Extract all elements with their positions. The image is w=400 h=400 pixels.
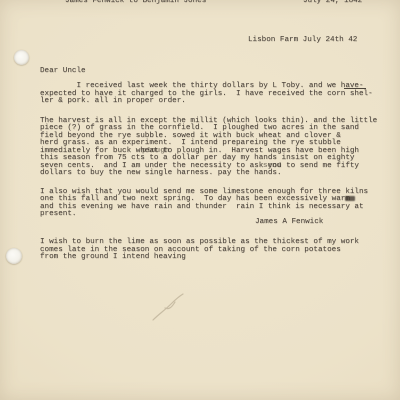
letter-paragraph-1: I received last week the thirty dollars … [40,83,373,106]
letter-signature: James A Fenwick [255,219,323,227]
overstrike-word-plough: plough [142,148,169,156]
letter-header-correspondents: James Fenwick to Benjamin Jones [65,0,206,6]
overstrike-line-have [344,88,366,89]
letter-paragraph-2: The harvest is all in except the millit … [40,118,377,178]
letter-paragraph-4: I wish to burn the lime as soon as possi… [40,239,359,262]
hole-punch-top [14,50,29,65]
hole-punch-bottom [6,248,22,264]
letter-header-date: July 24, 1842 [303,0,362,6]
letter-salutation: Dear Uncle [40,68,86,76]
letter-paragraph-3: I also wish that you would send me some … [40,189,368,219]
ink-smudge-warm [345,196,355,202]
pencil-mark [145,288,195,328]
overstrike-word-send: send [263,163,281,171]
letter-dateline: Lisbon Farm July 24th 42 [248,37,357,45]
letter-page: James Fenwick to Benjamin Jones July 24,… [0,0,400,400]
